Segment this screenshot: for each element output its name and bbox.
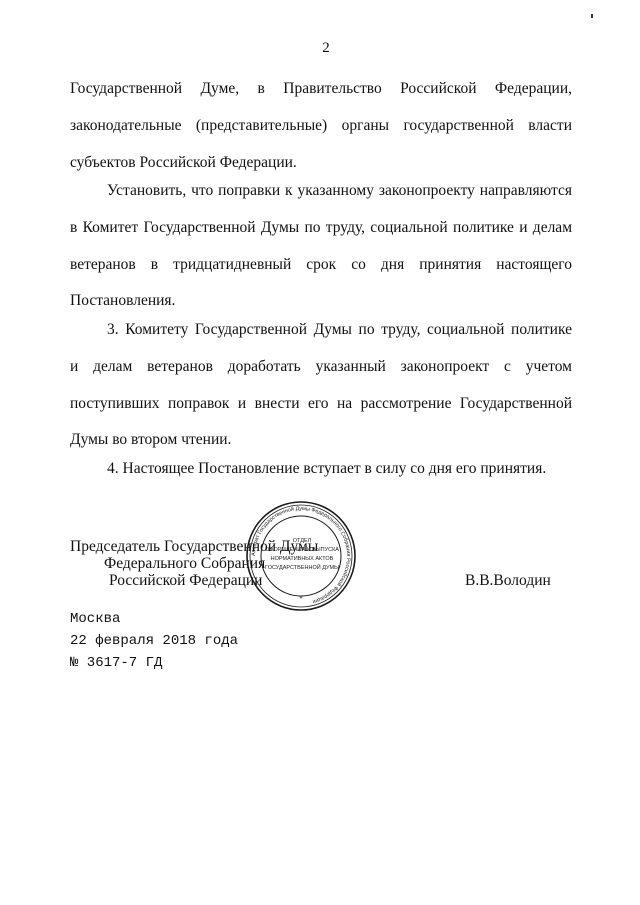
para2-line4: Постановления. [70, 291, 572, 311]
footer-number: № 3617-7 ГД [70, 653, 162, 673]
para3-line1: 3. Комитету Государственной Думы по труд… [107, 320, 572, 340]
para2-line2: в Комитет Государственной Думы по труду,… [70, 218, 572, 238]
para1-line1: Государственной Думе, в Правительство Ро… [70, 79, 572, 99]
para2-line3: ветеранов в тридцатидневный срок со дня … [70, 255, 572, 275]
scan-mark [591, 14, 593, 18]
para3-line3: поступивших поправок и внести его на рас… [70, 394, 572, 414]
stamp-center-line3: нормативных актов [262, 555, 342, 564]
para1-line2: законодательные (представительные) орган… [70, 116, 572, 136]
stamp-center-text: Отдел оформления и выпуска нормативных а… [262, 537, 342, 573]
para1-line3: субъектов Российской Федерации. [70, 153, 572, 173]
para3-line2: и делам ветеранов доработать указанный з… [70, 357, 572, 377]
signatory-title-line3: Российской Федерации [109, 571, 262, 591]
stamp-star: * [299, 595, 303, 603]
stamp-center-line2: оформления и выпуска [262, 546, 342, 555]
para2-line1: Установить, что поправки к указанному за… [107, 181, 572, 201]
stamp-center-line1: Отдел [262, 537, 342, 546]
para3-line4: Думы во втором чтении. [70, 430, 572, 450]
stamp-center-line4: Государственной Думы [262, 564, 342, 573]
footer-date: 22 февраля 2018 года [70, 631, 238, 651]
footer-city: Москва [70, 609, 120, 629]
signatory-name: В.В.Володин [465, 571, 551, 591]
page-number: 2 [0, 40, 640, 57]
para4-line1: 4. Настоящее Постановление вступает в си… [107, 459, 572, 479]
